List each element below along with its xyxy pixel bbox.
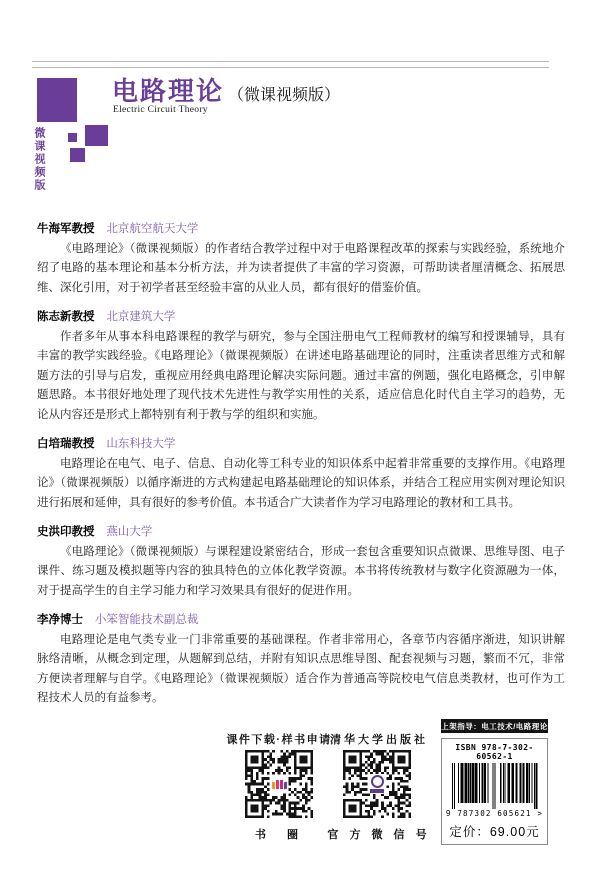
book-subtitle-en: Electric Circuit Theory bbox=[113, 105, 208, 115]
review-item: 白培瑞教授 山东科技大学 电路理论在电气、电子、信息、自动化等工科专业的知识体系… bbox=[37, 435, 565, 513]
review-text: 《电路理论》（微课视频版）与课程建设紧密结合，形成一套包含重要知识点微课、思维导… bbox=[37, 543, 565, 602]
shelf-guide-badge: 上架指导：电工技术/电路理论 bbox=[441, 719, 548, 733]
reviewer-affiliation: 小笨智能技术副总裁 bbox=[95, 614, 199, 626]
logo-square-medium bbox=[85, 125, 108, 146]
review-header: 陈志新教授 北京建筑大学 bbox=[37, 308, 565, 328]
book-icon bbox=[270, 776, 288, 792]
review-header: 史洪印教授 燕山大学 bbox=[37, 523, 565, 543]
reviewer-name: 白培瑞教授 bbox=[37, 438, 95, 450]
book-title: 电路理论 bbox=[112, 77, 224, 106]
price-text: 定价：69.00元 bbox=[442, 822, 547, 840]
reviews-list: 牛海军教授 北京航空航天大学 《电路理论》（微课视频版）的作者结合教学过程中对于… bbox=[37, 220, 565, 719]
reviewer-name: 李净博士 bbox=[37, 614, 83, 626]
series-vertical-label: 微课视频版 bbox=[31, 127, 47, 192]
reviewer-affiliation: 北京航空航天大学 bbox=[106, 223, 198, 235]
barcode-icon bbox=[450, 763, 539, 809]
isbn-box: ISBN 978-7-302-60562-1 9 787302 605621 >… bbox=[441, 738, 548, 845]
review-text: 电路理论是电气类专业一门非常重要的基础课程。作者非常用心，各章节内容循序渐进，知… bbox=[37, 631, 565, 709]
top-rule-1 bbox=[32, 61, 549, 62]
review-item: 史洪印教授 燕山大学 《电路理论》（微课视频版）与课程建设紧密结合，形成一套包含… bbox=[37, 523, 565, 601]
review-header: 李净博士 小笨智能技术副总裁 bbox=[37, 611, 565, 631]
logo-square-lower bbox=[70, 148, 85, 162]
reviewer-affiliation: 北京建筑大学 bbox=[106, 311, 175, 323]
logo-square-small bbox=[68, 133, 77, 142]
book-title-suffix: （微课视频版） bbox=[228, 87, 340, 104]
isbn-text: ISBN 978-7-302-60562-1 bbox=[442, 743, 547, 761]
book-back-cover: 微课视频版 电路理论（微课视频版） Electric Circuit Theor… bbox=[0, 0, 600, 874]
title-row: 电路理论（微课视频版） bbox=[112, 71, 340, 108]
qr-left-header: 课件下载·样书申请 bbox=[226, 731, 331, 747]
qr-right-header: 清华大学出版社 bbox=[330, 731, 428, 747]
review-header: 白培瑞教授 山东科技大学 bbox=[37, 435, 565, 455]
review-item: 陈志新教授 北京建筑大学 作者多年从事本科电路课程的教学与研究，参与全国注册电气… bbox=[37, 308, 565, 425]
reviewer-name: 史洪印教授 bbox=[37, 526, 95, 538]
university-seal-icon bbox=[368, 774, 386, 794]
barcode-digits: 9 787302 605621 > bbox=[442, 809, 547, 818]
review-header: 牛海军教授 北京航空航天大学 bbox=[37, 220, 565, 240]
review-text: 作者多年从事本科电路课程的教学与研究，参与全国注册电气工程师教材的编写和授课辅导… bbox=[37, 328, 565, 426]
top-rule-2 bbox=[32, 67, 549, 68]
qr-left-label: 书 圈 bbox=[255, 826, 307, 842]
qr-code-official-wechat bbox=[343, 750, 411, 818]
review-text: 《电路理论》（微课视频版）的作者结合教学过程中对于电路课程改革的探索与实践经验，… bbox=[37, 240, 565, 299]
reviewer-affiliation: 山东科技大学 bbox=[106, 438, 175, 450]
review-item: 李净博士 小笨智能技术副总裁 电路理论是电气类专业一门非常重要的基础课程。作者非… bbox=[37, 611, 565, 709]
review-item: 牛海军教授 北京航空航天大学 《电路理论》（微课视频版）的作者结合教学过程中对于… bbox=[37, 220, 565, 298]
logo-square-large bbox=[37, 78, 77, 122]
reviewer-affiliation: 燕山大学 bbox=[106, 526, 152, 538]
review-text: 电路理论在电气、电子、信息、自动化等工科专业的知识体系中起着非常重要的支撑作用。… bbox=[37, 455, 565, 514]
qr-right-label: 官 方 微 信 号 bbox=[327, 826, 430, 842]
reviewer-name: 陈志新教授 bbox=[37, 311, 95, 323]
qr-code-book-circle bbox=[245, 750, 313, 818]
reviewer-name: 牛海军教授 bbox=[37, 223, 95, 235]
